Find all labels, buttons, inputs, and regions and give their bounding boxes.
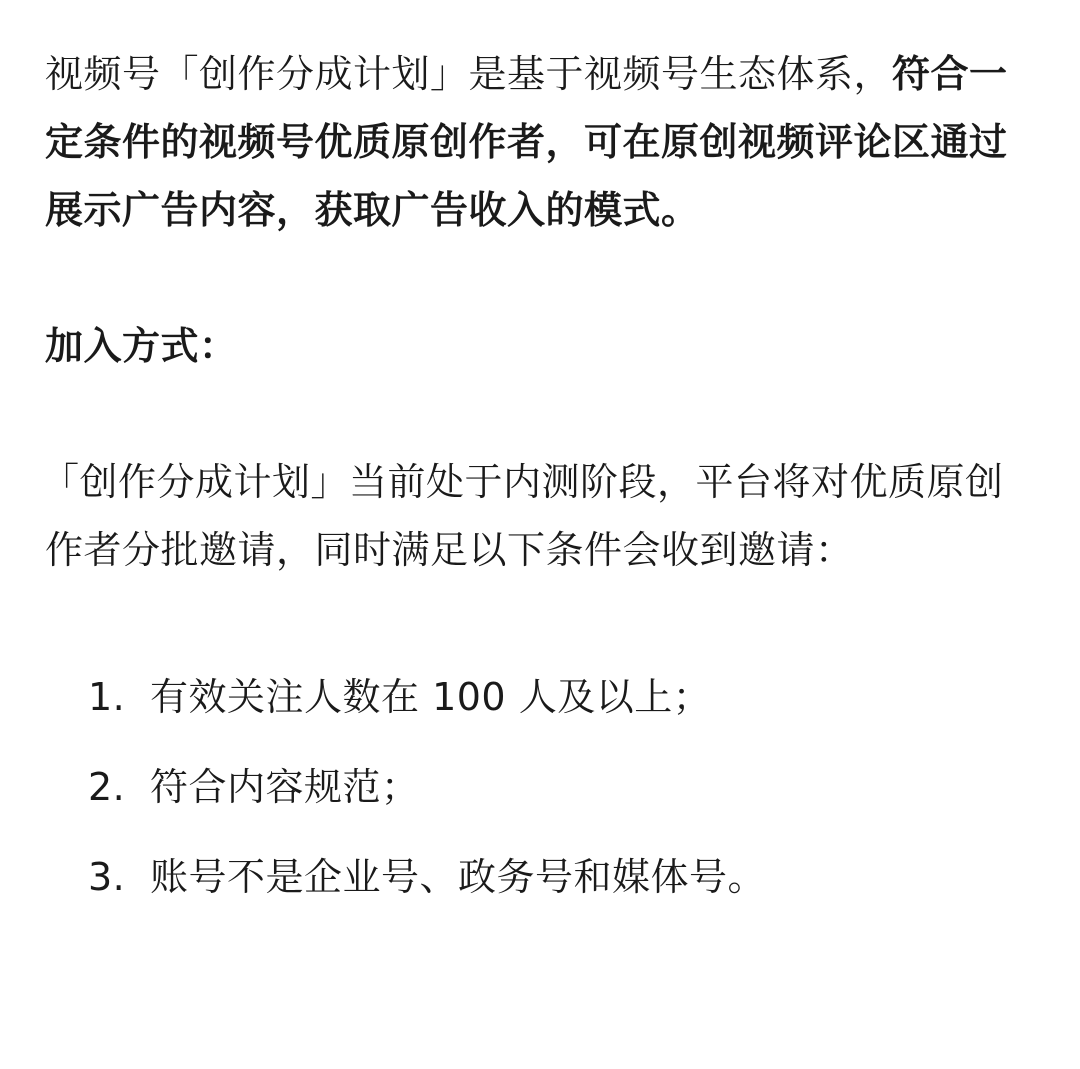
list-number: 1.: [88, 652, 150, 742]
list-text: 账号不是企业号、政务号和媒体号。: [150, 832, 766, 922]
list-text: 有效关注人数在 100 人及以上；: [150, 652, 711, 742]
list-item: 3. 账号不是企业号、政务号和媒体号。: [88, 832, 1035, 922]
list-text: 符合内容规范；: [150, 742, 420, 832]
section-heading: 加入方式：: [45, 312, 1035, 380]
intro-paragraph: 视频号「创作分成计划」是基于视频号生态体系，符合一定条件的视频号优质原创作者，可…: [45, 40, 1035, 244]
list-item: 1. 有效关注人数在 100 人及以上；: [88, 652, 1035, 742]
list-number: 2.: [88, 742, 150, 832]
list-number: 3.: [88, 832, 150, 922]
join-description: 「创作分成计划」当前处于内测阶段，平台将对优质原创作者分批邀请，同时满足以下条件…: [45, 448, 1035, 584]
intro-text: 视频号「创作分成计划」是基于视频号生态体系，: [45, 52, 892, 96]
document-body: 视频号「创作分成计划」是基于视频号生态体系，符合一定条件的视频号优质原创作者，可…: [45, 40, 1035, 922]
conditions-list: 1. 有效关注人数在 100 人及以上； 2. 符合内容规范； 3. 账号不是企…: [45, 652, 1035, 922]
list-item: 2. 符合内容规范；: [88, 742, 1035, 832]
